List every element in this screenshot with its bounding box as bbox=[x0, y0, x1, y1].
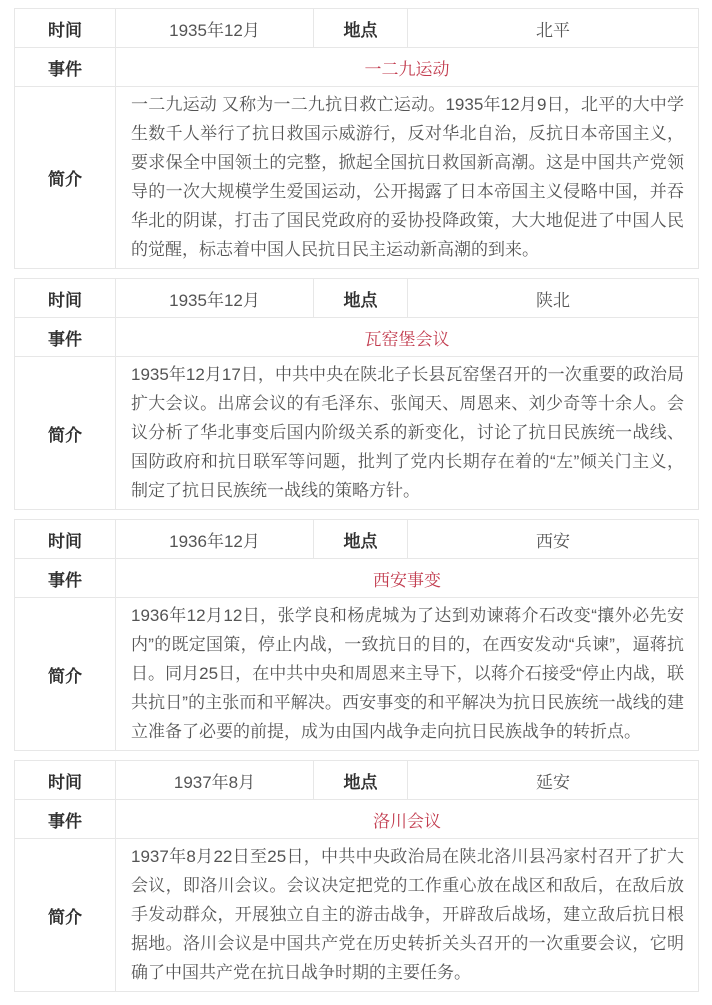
event-table-luochuan-conference: 时间 1937年8月 地点 延安 事件 洛川会议 简介 1937年8月22日至2… bbox=[14, 760, 699, 992]
event-table-wayaobao-conference: 时间 1935年12月 地点 陕北 事件 瓦窑堡会议 简介 1935年12月17… bbox=[14, 278, 699, 510]
event-name: 西安事变 bbox=[116, 559, 699, 598]
intro-text: 1935年12月17日，中共中央在陕北子长县瓦窑堡召开的一次重要的政治局扩大会议… bbox=[116, 357, 699, 510]
table-row: 事件 洛川会议 bbox=[15, 800, 699, 839]
time-label: 时间 bbox=[15, 520, 116, 559]
location-label: 地点 bbox=[314, 279, 408, 318]
table-row: 时间 1935年12月 地点 陕北 bbox=[15, 279, 699, 318]
intro-text: 一二九运动 又称为一二九抗日救亡运动。1935年12月9日，北平的大中学生数千人… bbox=[116, 87, 699, 269]
intro-text: 1937年8月22日至25日，中共中央政治局在陕北洛川县冯家村召开了扩大会议，即… bbox=[116, 839, 699, 992]
location-label: 地点 bbox=[314, 761, 408, 800]
table-row: 简介 1935年12月17日，中共中央在陕北子长县瓦窑堡召开的一次重要的政治局扩… bbox=[15, 357, 699, 510]
time-value: 1936年12月 bbox=[116, 520, 314, 559]
table-row: 简介 1936年12月12日，张学良和杨虎城为了达到劝谏蒋介石改变“攘外必先安内… bbox=[15, 598, 699, 751]
location-label: 地点 bbox=[314, 9, 408, 48]
table-row: 事件 西安事变 bbox=[15, 559, 699, 598]
location-value: 陕北 bbox=[408, 279, 699, 318]
table-row: 事件 瓦窑堡会议 bbox=[15, 318, 699, 357]
intro-text: 1936年12月12日，张学良和杨虎城为了达到劝谏蒋介石改变“攘外必先安内”的既… bbox=[116, 598, 699, 751]
table-row: 简介 1937年8月22日至25日，中共中央政治局在陕北洛川县冯家村召开了扩大会… bbox=[15, 839, 699, 992]
event-label: 事件 bbox=[15, 318, 116, 357]
time-value: 1937年8月 bbox=[116, 761, 314, 800]
intro-label: 简介 bbox=[15, 839, 116, 992]
time-label: 时间 bbox=[15, 761, 116, 800]
time-label: 时间 bbox=[15, 9, 116, 48]
event-table-129-movement: 时间 1935年12月 地点 北平 事件 一二九运动 简介 一二九运动 又称为一… bbox=[14, 8, 699, 269]
event-table-xian-incident: 时间 1936年12月 地点 西安 事件 西安事变 简介 1936年12月12日… bbox=[14, 519, 699, 751]
event-label: 事件 bbox=[15, 559, 116, 598]
event-name: 一二九运动 bbox=[116, 48, 699, 87]
table-row: 事件 一二九运动 bbox=[15, 48, 699, 87]
time-value: 1935年12月 bbox=[116, 279, 314, 318]
event-name: 瓦窑堡会议 bbox=[116, 318, 699, 357]
table-row: 时间 1936年12月 地点 西安 bbox=[15, 520, 699, 559]
table-row: 简介 一二九运动 又称为一二九抗日救亡运动。1935年12月9日，北平的大中学生… bbox=[15, 87, 699, 269]
intro-label: 简介 bbox=[15, 357, 116, 510]
time-value: 1935年12月 bbox=[116, 9, 314, 48]
location-value: 延安 bbox=[408, 761, 699, 800]
location-value: 北平 bbox=[408, 9, 699, 48]
table-row: 时间 1937年8月 地点 延安 bbox=[15, 761, 699, 800]
location-value: 西安 bbox=[408, 520, 699, 559]
event-label: 事件 bbox=[15, 48, 116, 87]
intro-label: 简介 bbox=[15, 598, 116, 751]
table-row: 时间 1935年12月 地点 北平 bbox=[15, 9, 699, 48]
intro-label: 简介 bbox=[15, 87, 116, 269]
time-label: 时间 bbox=[15, 279, 116, 318]
location-label: 地点 bbox=[314, 520, 408, 559]
event-name: 洛川会议 bbox=[116, 800, 699, 839]
event-label: 事件 bbox=[15, 800, 116, 839]
history-events-page: 时间 1935年12月 地点 北平 事件 一二九运动 简介 一二九运动 又称为一… bbox=[0, 0, 712, 1005]
